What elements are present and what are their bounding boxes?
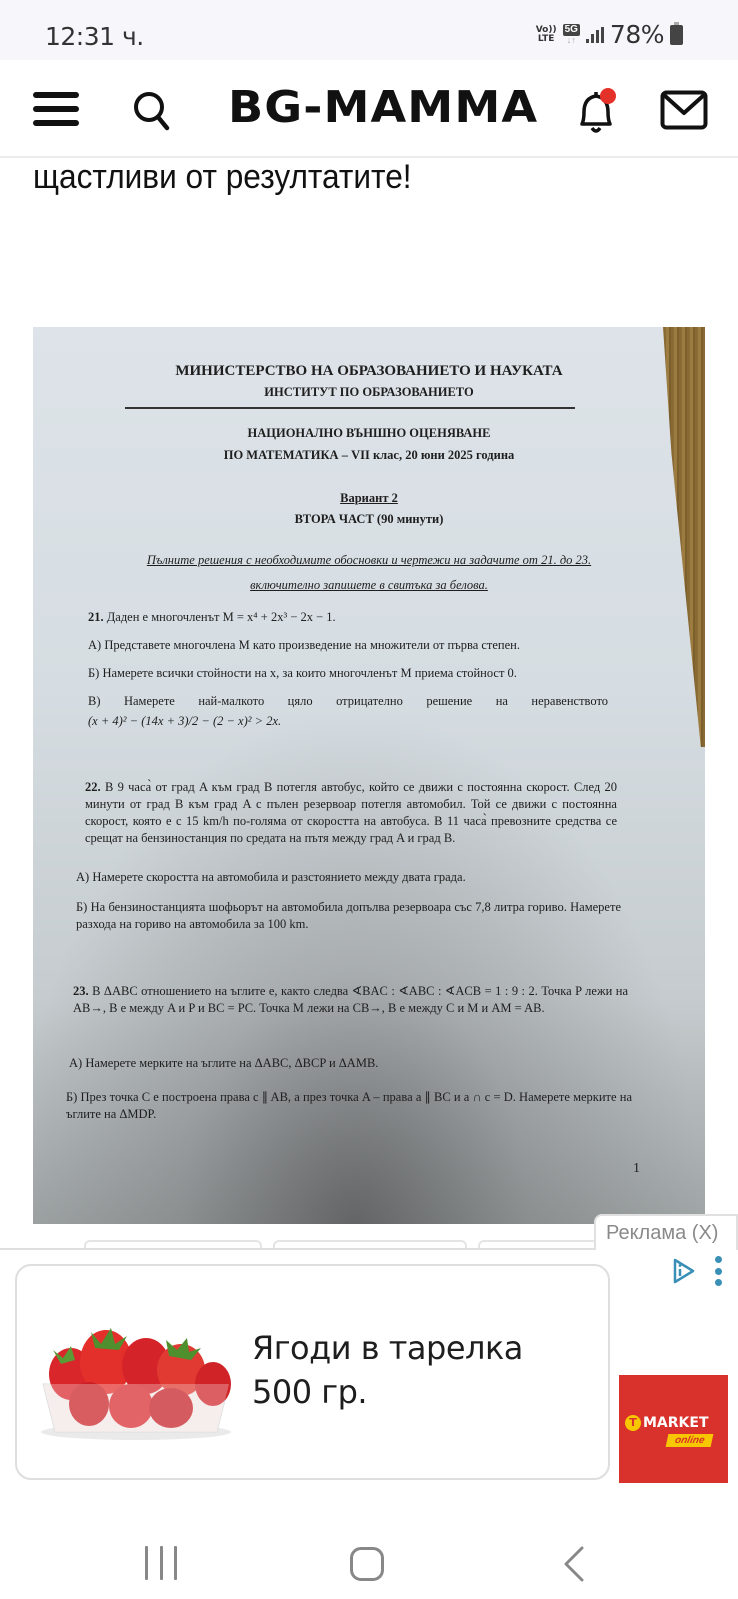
- signal-strength-icon: [586, 27, 604, 43]
- exam-divider: [125, 407, 575, 409]
- more-vertical-icon[interactable]: [714, 1256, 722, 1286]
- question-22: 22. В 9 часа̀ от град A към град B потег…: [85, 779, 617, 847]
- question-23-b: Б) През точка C е построена права c ∥ AB…: [66, 1089, 632, 1123]
- site-header: BG-MAMMA: [0, 60, 738, 158]
- tmarket-brand: TMARKET: [625, 1415, 709, 1431]
- page-number: 1: [633, 1161, 640, 1177]
- question-21-a: А) Представете многочлена M като произве…: [88, 637, 608, 654]
- question-22-a: А) Намерете скоростта на автомобила и ра…: [76, 869, 616, 886]
- strawberries-image: [31, 1314, 241, 1444]
- tmarket-online: online: [666, 1434, 714, 1447]
- ad-close-label[interactable]: Реклама (X): [594, 1214, 738, 1250]
- advertiser-logo[interactable]: TMARKET online: [619, 1375, 728, 1483]
- adchoices-icon[interactable]: [672, 1258, 696, 1284]
- back-icon[interactable]: [562, 1546, 586, 1582]
- notifications-button[interactable]: [574, 88, 618, 138]
- hamburger-menu-icon[interactable]: [33, 92, 79, 126]
- exam-instructions-1: Пълните решения с необходимите обосновки…: [33, 553, 705, 568]
- status-bar: 12:31 ч. Vo)) LTE 5G ↓↑ 78%: [0, 0, 738, 60]
- exam-title-1: НАЦИОНАЛНО ВЪНШНО ОЦЕНЯВАНЕ: [33, 426, 705, 441]
- exam-title-2: ПО МАТЕМАТИКА – VII клас, 20 юни 2025 го…: [33, 448, 705, 463]
- question-23: 23. В ΔABC отношението на ъглите е, какт…: [73, 983, 628, 1017]
- question-23-a: А) Намерете мерките на ъглите на ΔABC, Δ…: [69, 1055, 629, 1072]
- article-text: щастливи от резултатите!: [33, 158, 412, 197]
- question-21-b: Б) Намерете всички стойности на x, за ко…: [88, 665, 608, 682]
- notification-badge: [600, 88, 616, 104]
- status-time: 12:31 ч.: [45, 22, 144, 51]
- question-21-c: В) Намерете най-малкото цяло отрицателно…: [88, 693, 608, 710]
- search-icon[interactable]: [132, 90, 172, 132]
- battery-percent: 78%: [610, 20, 664, 49]
- ad-title[interactable]: Ягоди в тарелка 500 гр.: [252, 1326, 592, 1414]
- exam-instructions-2: включително запишете в свитъка за белова…: [33, 578, 705, 593]
- ad-card[interactable]: Ягоди в тарелка 500 гр.: [15, 1264, 610, 1480]
- envelope-icon[interactable]: [660, 90, 708, 130]
- status-icons: Vo)) LTE 5G ↓↑ 78%: [536, 20, 683, 49]
- home-icon[interactable]: [350, 1547, 384, 1581]
- exam-ministry: МИНИСТЕРСТВО НА ОБРАЗОВАНИЕТО И НАУКАТА: [33, 363, 705, 380]
- exam-variant: Вариант 2: [33, 491, 705, 506]
- exam-institute: ИНСТИТУТ ПО ОБРАЗОВАНИЕТО: [33, 385, 705, 400]
- battery-icon: [670, 25, 683, 45]
- network-5g-icon: 5G ↓↑: [563, 24, 580, 45]
- question-21-c-formula: (x + 4)² − (14x + 3)/2 − (2 − x)² > 2x.: [88, 713, 608, 730]
- exam-photo[interactable]: МИНИСТЕРСТВО НА ОБРАЗОВАНИЕТО И НАУКАТА …: [33, 327, 705, 1224]
- volte-icon: Vo)) LTE: [536, 26, 557, 44]
- question-21: 21. Даден е многочленът M = x⁴ + 2x³ − 2…: [88, 609, 608, 626]
- recent-apps-icon[interactable]: [145, 1546, 177, 1580]
- question-22-b: Б) На бензиностанцията шофьорът на автом…: [76, 899, 621, 933]
- exam-part: ВТОРА ЧАСТ (90 минути): [33, 512, 705, 527]
- system-nav-bar: [0, 1500, 738, 1599]
- site-logo[interactable]: BG-MAMMA: [228, 82, 538, 133]
- exam-paper: МИНИСТЕРСТВО НА ОБРАЗОВАНИЕТО И НАУКАТА …: [33, 327, 705, 1224]
